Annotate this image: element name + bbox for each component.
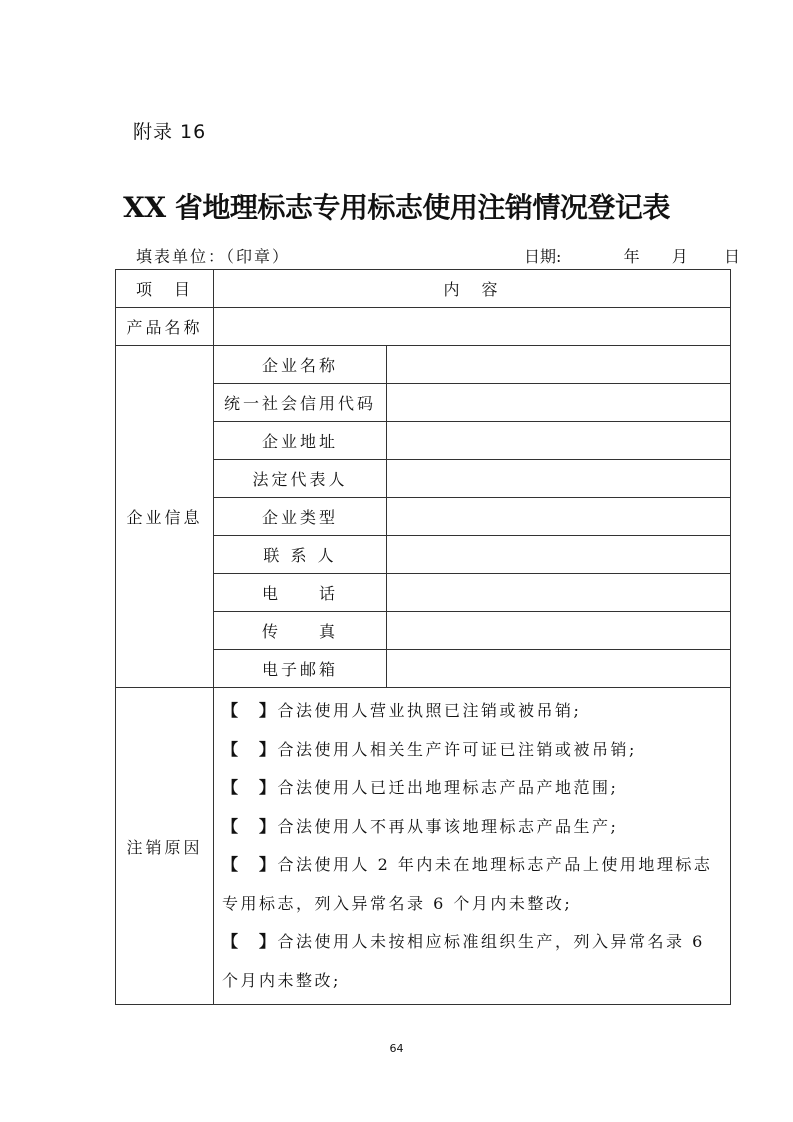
fill-unit-label: 填表单位：（印章） xyxy=(136,244,290,267)
cancellation-reasons: 【 】合法使用人营业执照已注销或被吊销; 【 】合法使用人相关生产许可证已注销或… xyxy=(214,688,731,1005)
reason-text: 合法使用人已迁出地理标志产品产地范围; xyxy=(278,778,619,797)
table-row: 注销原因 【 】合法使用人营业执照已注销或被吊销; 【 】合法使用人相关生产许可… xyxy=(116,688,731,1005)
phone-field[interactable] xyxy=(387,574,731,612)
field-label: 联 系 人 xyxy=(214,536,387,574)
reason-item: 【 】合法使用人不再从事该地理标志产品生产; xyxy=(222,808,722,847)
appendix-label: 附录 16 xyxy=(133,117,206,144)
reason-text: 合法使用人 2 年内未在地理标志产品上使用地理标志专用标志，列入异常名录 6 个… xyxy=(222,855,712,913)
fax-field[interactable] xyxy=(387,612,731,650)
product-name-field[interactable] xyxy=(214,308,731,346)
enterprise-name-field[interactable] xyxy=(387,346,731,384)
reason-checkbox[interactable]: 【 】 xyxy=(222,778,278,797)
field-label: 统一社会信用代码 xyxy=(214,384,387,422)
table-row: 企业信息 企业名称 xyxy=(116,346,731,384)
field-label: 传 真 xyxy=(214,612,387,650)
email-field[interactable] xyxy=(387,650,731,688)
field-label: 企业类型 xyxy=(214,498,387,536)
contact-person-field[interactable] xyxy=(387,536,731,574)
header-item: 项 目 xyxy=(116,270,214,308)
field-label: 企业地址 xyxy=(214,422,387,460)
reason-item: 【 】合法使用人已迁出地理标志产品产地范围; xyxy=(222,769,722,808)
field-label: 法定代表人 xyxy=(214,460,387,498)
reason-item: 【 】合法使用人未按相应标准组织生产，列入异常名录 6 个月内未整改; xyxy=(222,923,722,1000)
reason-checkbox[interactable]: 【 】 xyxy=(222,740,278,759)
table-header-row: 项 目 内 容 xyxy=(116,270,731,308)
field-label: 电 话 xyxy=(214,574,387,612)
cancellation-reason-label: 注销原因 xyxy=(116,688,214,1005)
page-title: XX 省地理标志专用标志使用注销情况登记表 xyxy=(0,186,793,226)
date-field: 日期: 年 月 日 xyxy=(524,244,740,267)
reason-item: 【 】合法使用人营业执照已注销或被吊销; xyxy=(222,692,722,731)
field-label: 企业名称 xyxy=(214,346,387,384)
registration-table: 项 目 内 容 产品名称 企业信息 企业名称 统一社会信用代码 企业地址 法定代… xyxy=(115,269,731,1005)
reason-checkbox[interactable]: 【 】 xyxy=(222,855,278,874)
header-content: 内 容 xyxy=(214,270,731,308)
date-month: 月 xyxy=(672,244,688,267)
date-day: 日 xyxy=(724,244,740,267)
page-number: 64 xyxy=(0,1042,793,1055)
reason-text: 合法使用人不再从事该地理标志产品生产; xyxy=(278,817,619,836)
reason-text: 合法使用人相关生产许可证已注销或被吊销; xyxy=(278,740,637,759)
field-label: 电子邮箱 xyxy=(214,650,387,688)
reason-checkbox[interactable]: 【 】 xyxy=(222,701,278,720)
date-label: 日期: xyxy=(524,244,561,267)
enterprise-type-field[interactable] xyxy=(387,498,731,536)
enterprise-info-label: 企业信息 xyxy=(116,346,214,688)
product-name-label: 产品名称 xyxy=(116,308,214,346)
date-year: 年 xyxy=(624,244,640,267)
reason-text: 合法使用人未按相应标准组织生产，列入异常名录 6 个月内未整改; xyxy=(222,932,705,990)
reason-text: 合法使用人营业执照已注销或被吊销; xyxy=(278,701,582,720)
enterprise-address-field[interactable] xyxy=(387,422,731,460)
reason-item: 【 】合法使用人 2 年内未在地理标志产品上使用地理标志专用标志，列入异常名录 … xyxy=(222,846,722,923)
reason-checkbox[interactable]: 【 】 xyxy=(222,932,278,951)
reason-item: 【 】合法使用人相关生产许可证已注销或被吊销; xyxy=(222,731,722,770)
table-row: 产品名称 xyxy=(116,308,731,346)
reason-checkbox[interactable]: 【 】 xyxy=(222,817,278,836)
legal-representative-field[interactable] xyxy=(387,460,731,498)
credit-code-field[interactable] xyxy=(387,384,731,422)
